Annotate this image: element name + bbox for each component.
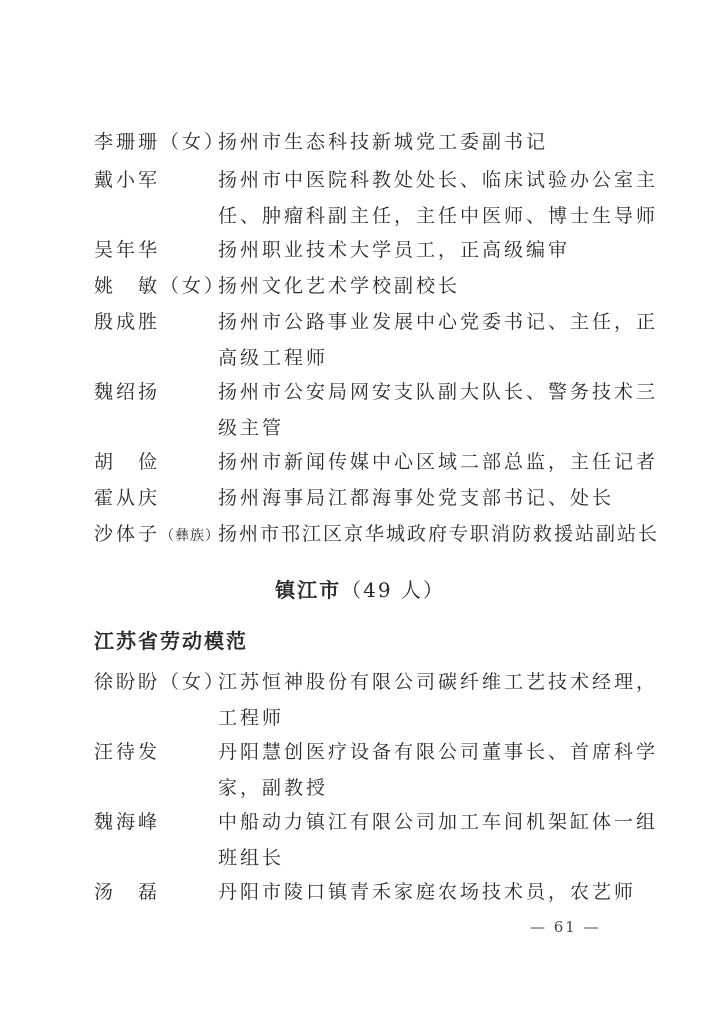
- city-name: 镇江市: [275, 578, 341, 602]
- ethnicity-note: （彝族）: [160, 528, 220, 544]
- person-title: 丹阳市陵口镇青禾家庭农场技术员，农艺师: [218, 874, 638, 910]
- person-name: 吴年华: [94, 232, 160, 268]
- person-name: 魏绍扬: [94, 374, 160, 410]
- page-number: — 61 —: [530, 918, 601, 936]
- person-name: 沙体子（彝族）: [94, 516, 220, 554]
- person-name: 姚 敏（女）: [94, 268, 226, 304]
- person-name-text: 沙体子: [94, 523, 160, 545]
- person-name: 汪待发: [94, 734, 160, 770]
- person-title: 江苏恒神股份有限公司碳纤维工艺技术经理， 工程师: [218, 664, 638, 736]
- person-title: 扬州海事局江都海事处党支部书记、处长: [218, 480, 638, 516]
- person-name: 汤 磊: [94, 874, 160, 910]
- city-count: （49 人）: [341, 578, 445, 602]
- category-heading: 江苏省劳动模范: [94, 623, 248, 659]
- person-name: 李珊珊（女）: [94, 124, 226, 160]
- person-title: 扬州职业技术大学员工，正高级编审: [218, 232, 638, 268]
- city-heading: 镇江市（49 人）: [0, 572, 720, 608]
- person-name: 殷成胜: [94, 304, 160, 340]
- person-title: 扬州文化艺术学校副校长: [218, 268, 638, 304]
- person-title: 扬州市公安局网安支队副大队长、警务技术三 级主管: [218, 374, 638, 446]
- person-title: 扬州市中医院科教处处长、临床试验办公室主 任、肿瘤科副主任，主任中医师、博士生导…: [218, 162, 638, 234]
- person-name: 胡 俭: [94, 444, 160, 480]
- person-name: 魏海峰: [94, 804, 160, 840]
- person-title: 扬州市邗江区京华城政府专职消防救援站副站长: [218, 516, 638, 552]
- person-title: 扬州市生态科技新城党工委副书记: [218, 124, 638, 160]
- person-name: 徐盼盼（女）: [94, 664, 226, 700]
- person-title: 扬州市新闻传媒中心区域二部总监，主任记者: [218, 444, 638, 480]
- person-name: 戴小军: [94, 162, 160, 198]
- person-name: 霍从庆: [94, 480, 160, 516]
- person-title: 丹阳慧创医疗设备有限公司董事长、首席科学 家，副教授: [218, 734, 638, 806]
- document-page: 李珊珊（女） 扬州市生态科技新城党工委副书记 戴小军 扬州市中医院科教处处长、临…: [0, 0, 720, 1018]
- person-title: 中船动力镇江有限公司加工车间机架缸体一组 班组长: [218, 804, 638, 876]
- person-title: 扬州市公路事业发展中心党委书记、主任，正 高级工程师: [218, 304, 638, 376]
